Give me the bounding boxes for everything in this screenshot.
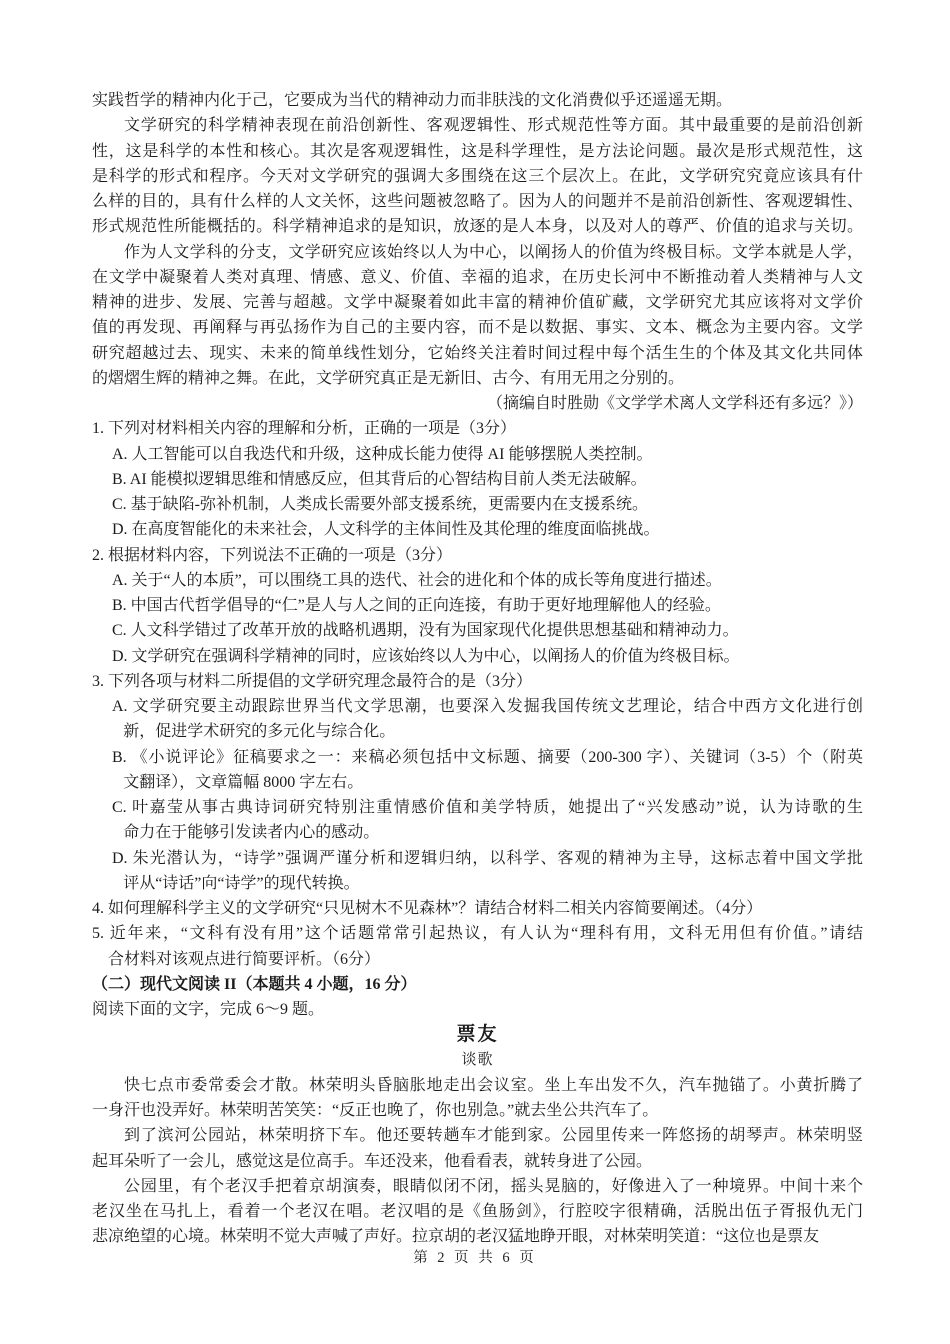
question-2-option-a: A. 关于“人的本质”，可以围绕工具的迭代、社会的进化和个体的成长等角度进行描述… [92, 568, 863, 593]
question-1-option-a: A. 人工智能可以自我迭代和升级，这种成长能力使得 AI 能够摆脱人类控制。 [92, 442, 863, 467]
material-two-line: 作为人文学科的分支，文学研究应该始终以人为中心，以阐扬人的价值为终极目标。文学本… [92, 240, 863, 265]
reading-instruction: 阅读下面的文字，完成 6～9 题。 [92, 997, 863, 1022]
question-3-option-c: C. 叶嘉莹从事古典诗词研究特别注重情感价值和美学特质，她提出了“兴发感动”说，… [92, 795, 863, 820]
question-3-option-a: A. 文学研究要主动跟踪世界当代文学思潮，也要深入发掘我国传统文艺理论，结合中西… [92, 694, 863, 719]
question-2-option-d: D. 文学研究在强调科学精神的同时，应该始终以人为中心，以阐扬人的价值为终极目标… [92, 644, 863, 669]
question-1-option-d: D. 在高度智能化的未来社会，人文科学的主体间性及其伦理的维度面临挑战。 [92, 517, 863, 542]
question-2-stem: 2. 根据材料内容，下列说法不正确的一项是（3分） [92, 543, 863, 568]
page-number: 第 2 页 共 6 页 [0, 1246, 950, 1267]
question-5-stem-cont: 合材料对该观点进行简要评析。（6分） [92, 947, 863, 972]
story-author: 谈歌 [92, 1048, 863, 1073]
attribution: （摘编自时胜勋《文学学术离人文学科还有多远？》） [92, 391, 863, 416]
question-2-option-c: C. 人文科学错过了改革开放的战略机遇期，没有为国家现代化提供思想基础和精神动力… [92, 618, 863, 643]
question-3-option-c-cont: 命力在于能够引发读者内心的感动。 [92, 820, 863, 845]
exam-page: 实践哲学的精神内化于己，它要成为当代的精神动力而非肤浅的文化消费似乎还遥遥无期。… [0, 0, 950, 1344]
story-line: 快七点市委常委会才散。林荣明头昏脑胀地走出会议室。坐上车出发不久，汽车抛锚了。小… [92, 1073, 863, 1098]
question-2-option-b: B. 中国古代哲学倡导的“仁”是人与人之间的正向连接，有助于更好地理解他人的经验… [92, 593, 863, 618]
question-4-stem: 4. 如何理解科学主义的文学研究“只见树木不见森林”？请结合材料二相关内容简要阐… [92, 896, 863, 921]
material-two-line: 么样的目的，具有什么样的人文关怀，这些问题被忽略了。因为人的问题并不是前沿创新性… [92, 189, 863, 214]
question-1-option-b: B. AI 能模拟逻辑思维和情感反应，但其背后的心智结构目前人类无法破解。 [92, 467, 863, 492]
question-5-stem: 5. 近年来，“文科有没有用”这个话题常常引起热议，有人认为“理科有用，文科无用… [92, 921, 863, 946]
section-heading: （二）现代文阅读 II（本题共 4 小题，16 分） [92, 972, 863, 997]
question-3-option-b-cont: 文翻译），文章篇幅 8000 字左右。 [92, 770, 863, 795]
question-1-stem: 1. 下列对材料相关内容的理解和分析，正确的一项是（3分） [92, 416, 863, 441]
question-3-option-a-cont: 新，促进学术研究的多元化与综合化。 [92, 719, 863, 744]
material-two-line: 精神的进步、发展、完善与超越。文学中凝聚着如此丰富的精神价值矿藏，文学研究尤其应… [92, 290, 863, 315]
material-two-line: 性，这是科学的本性和核心。其次是客观逻辑性，这是科学理性，是方法论问题。最次是形… [92, 139, 863, 164]
story-line: 老汉坐在马扎上，看着一个老汉在唱。老汉唱的是《鱼肠剑》，行腔咬字很精确，活脱出伍… [92, 1199, 863, 1224]
story-line: 一身汗也没弄好。林荣明苦笑笑：“反正也晚了，你也别急。”就去坐公共汽车了。 [92, 1098, 863, 1123]
story-line: 起耳朵听了一会儿，感觉这是位高手。车还没来，他看看表，就转身进了公园。 [92, 1149, 863, 1174]
material-two-line: 文学研究的科学精神表现在前沿创新性、客观逻辑性、形式规范性等方面。其中最重要的是… [92, 113, 863, 138]
material-two-line: 实践哲学的精神内化于己，它要成为当代的精神动力而非肤浅的文化消费似乎还遥遥无期。 [92, 88, 863, 113]
question-1-option-c: C. 基于缺陷-弥补机制，人类成长需要外部支援系统，更需要内在支援系统。 [92, 492, 863, 517]
story-line: 到了滨河公园站，林荣明挤下车。他还要转趟车才能到家。公园里传来一阵悠扬的胡琴声。… [92, 1123, 863, 1148]
material-two-line: 是科学的形式和程序。今天对文学研究的强调大多围绕在这三个层次上。在此，文学研究究… [92, 164, 863, 189]
story-title: 票友 [92, 1022, 863, 1047]
material-two-line: 研究超越过去、现实、未来的简单线性划分，它始终关注着时间过程中每个活生生的个体及… [92, 341, 863, 366]
question-3-stem: 3. 下列各项与材料二所提倡的文学研究理念最符合的是（3分） [92, 669, 863, 694]
question-3-option-b: B. 《小说评论》征稿要求之一：来稿必须包括中文标题、摘要（200-300 字）… [92, 745, 863, 770]
story-line: 公园里，有个老汉手把着京胡演奏，眼睛似闭不闭，摇头晃脑的，好像进入了一种境界。中… [92, 1174, 863, 1199]
document-lines: 实践哲学的精神内化于己，它要成为当代的精神动力而非肤浅的文化消费似乎还遥遥无期。… [92, 88, 863, 1250]
question-3-option-d-cont: 评从“诗话”向“诗学”的现代转换。 [92, 871, 863, 896]
material-two-line: 在文学中凝聚着人类对真理、情感、意义、价值、幸福的追求，在历史长河中不断推动着人… [92, 265, 863, 290]
material-two-line: 的熠熠生辉的精神之舞。在此，文学研究真正是无新旧、古今、有用无用之分别的。 [92, 366, 863, 391]
material-two-line: 形式规范性所能概括的。科学精神追求的是知识，放逐的是人本身，以及对人的尊严、价值… [92, 214, 863, 239]
question-3-option-d: D. 朱光潜认为，“诗学”强调严谨分析和逻辑归纳，以科学、客观的精神为主导，这标… [92, 846, 863, 871]
material-two-line: 值的再发现、再阐释与再弘扬作为自己的主要内容，而不是以数据、事实、文本、概念为主… [92, 315, 863, 340]
